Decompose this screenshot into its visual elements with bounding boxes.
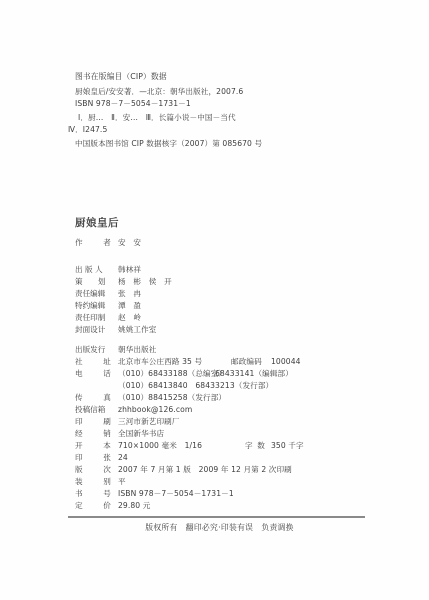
email-value: zhhbook@126.com — [118, 405, 192, 415]
phone-label: 电话 — [75, 369, 111, 379]
phone-editorial-office: （010）68433188（总编室） — [118, 369, 215, 379]
address-value: 北京市车公庄西路 35 号 — [118, 357, 231, 367]
author-name: 安 安 — [118, 238, 141, 248]
copyright-page: 图书在版编目（CIP）数据 厨娘皇后/安安著．—北京：朝华出版社，2007.6 … — [0, 0, 429, 600]
format-label: 开本 — [75, 441, 111, 451]
credit-label: 责任编辑 — [75, 289, 118, 299]
postcode-label: 邮政编码 — [231, 357, 271, 367]
format-value: 710×1000 毫米 1/16 — [118, 441, 245, 451]
credit-value: 潭 盈 — [118, 301, 141, 311]
credit-publisher-person: 出 版 人韩林祥 — [75, 265, 141, 275]
price-row: 定价29.80 元 — [75, 501, 150, 511]
edition-row: 版次2007 年 7 月第 1 版 2009 年 12 月第 2 次印刷 — [75, 465, 292, 475]
printer-label: 印刷 — [75, 417, 111, 427]
address-label: 社址 — [75, 357, 111, 367]
price-label: 定价 — [75, 501, 111, 511]
publisher-row: 出版发行朝华出版社 — [75, 345, 156, 355]
credit-label: 策 划 — [75, 277, 118, 287]
book-number-row: 书号ISBN 978－7－5054－1731－1 — [75, 489, 234, 499]
phone-distribution: （010）68413840 68433213（发行部） — [118, 381, 273, 391]
credit-label: 责任印制 — [75, 313, 118, 323]
distributor-label: 经销 — [75, 429, 111, 439]
edition-value: 2007 年 7 月第 1 版 2009 年 12 月第 2 次印刷 — [118, 465, 292, 475]
phone-row: 电话（010）68433188（总编室）68433141（编辑部） — [75, 369, 293, 379]
credit-cover-design: 封面设计姚姚工作室 — [75, 325, 156, 335]
sheets-label: 印张 — [75, 453, 111, 463]
binding-label: 装别 — [75, 477, 111, 487]
credit-value: 赵 岭 — [118, 313, 141, 323]
credit-value: 张 冉 — [118, 289, 141, 299]
binding-value: 平 — [118, 477, 126, 487]
sheets-value: 24 — [118, 453, 128, 463]
credit-value: 姚姚工作室 — [118, 325, 156, 335]
binding-row: 装别平 — [75, 477, 126, 487]
distributor-value: 全国新华书店 — [118, 429, 164, 439]
fax-label: 传真 — [75, 393, 111, 403]
cip-record-number: 中国版本图书馆 CIP 数据核字（2007）第 085670 号 — [75, 139, 262, 149]
copyright-notice: 版权所有 翻印必究·印装有误 负责调换 — [0, 523, 429, 533]
cip-entry: 厨娘皇后/安安著．—北京：朝华出版社，2007.6 — [75, 87, 243, 97]
cip-isbn: ISBN 978－7－5054－1731－1 — [75, 99, 191, 109]
book-number-label: 书号 — [75, 489, 111, 499]
phone-row-2: （010）68413840 68433213（发行部） — [75, 381, 273, 391]
postcode-value: 100044 — [271, 357, 301, 367]
distributor-row: 经销全国新华书店 — [75, 429, 164, 439]
wordcount-label: 字数 — [245, 441, 265, 451]
email-row: 投稿信箱zhhbook@126.com — [75, 405, 192, 415]
fax-row: 传真（010）88415258（发行部） — [75, 393, 226, 403]
credit-editor: 责任编辑张 冉 — [75, 289, 141, 299]
credit-value: 杨 彬 侯 开 — [118, 277, 172, 287]
sheets-row: 印张24 — [75, 453, 128, 463]
author-row: 作 者 安 安 — [75, 238, 141, 248]
printer-value: 三河市新艺印刷厂 — [118, 417, 180, 427]
email-label: 投稿信箱 — [75, 405, 118, 415]
phone-editorial-dept: 68433141（编辑部） — [215, 369, 293, 379]
fax-value: （010）88415258（发行部） — [118, 393, 226, 403]
divider-rule — [68, 516, 365, 518]
publisher-name: 朝华出版社 — [118, 345, 156, 355]
publisher-label: 出版发行 — [75, 345, 118, 355]
address-row: 社址北京市车公庄西路 35 号邮政编码100044 — [75, 357, 301, 367]
cip-class-number: Ⅳ．I247.5 — [68, 125, 107, 135]
author-label: 作 者 — [75, 238, 111, 248]
book-number-value: ISBN 978－7－5054－1731－1 — [118, 489, 234, 499]
book-title: 厨娘皇后 — [75, 218, 119, 228]
credit-label: 出 版 人 — [75, 265, 118, 275]
cip-heading: 图书在版编目（CIP）数据 — [75, 72, 167, 82]
format-row: 开本710×1000 毫米 1/16字数350 千字 — [75, 441, 304, 451]
cip-classification: Ⅰ．厨… Ⅱ．安… Ⅲ．长篇小说－中国－当代 — [78, 113, 236, 123]
credit-value: 韩林祥 — [118, 265, 141, 275]
credit-label: 封面设计 — [75, 325, 118, 335]
wordcount-value: 350 千字 — [271, 441, 304, 451]
credit-print-supervisor: 责任印制赵 岭 — [75, 313, 141, 323]
credit-special-editor: 特约编辑潭 盈 — [75, 301, 141, 311]
credit-planner: 策 划杨 彬 侯 开 — [75, 277, 172, 287]
edition-label: 版次 — [75, 465, 111, 475]
printer-row: 印刷三河市新艺印刷厂 — [75, 417, 180, 427]
credit-label: 特约编辑 — [75, 301, 118, 311]
price-value: 29.80 元 — [118, 501, 150, 511]
